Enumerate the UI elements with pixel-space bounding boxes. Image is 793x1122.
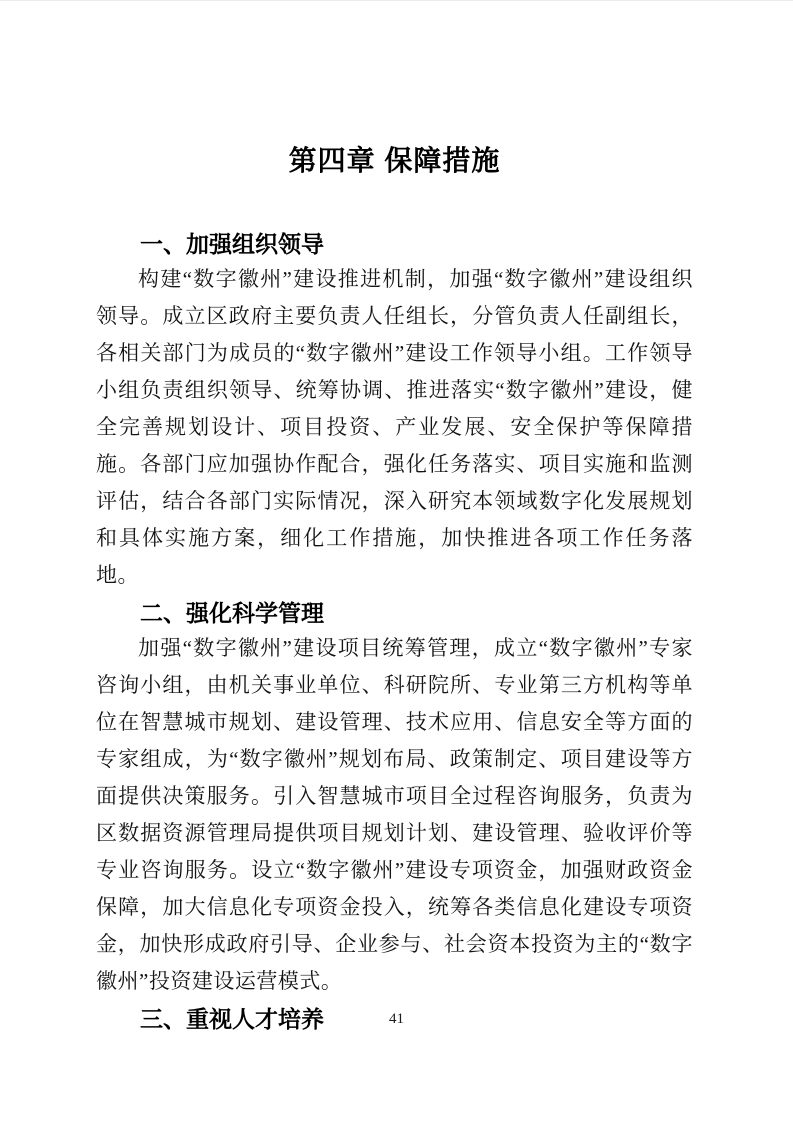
- document-page: 第四章 保障措施 一、加强组织领导 构建“数字徽州”建设推进机制，加强“数字徽州…: [0, 0, 793, 1122]
- section-heading-1: 一、加强组织领导: [96, 229, 693, 259]
- page-content: 第四章 保障措施 一、加强组织领导 构建“数字徽州”建设推进机制，加强“数字徽州…: [0, 1, 793, 1034]
- chapter-title: 第四章 保障措施: [96, 143, 693, 179]
- section-heading-2: 二、强化科学管理: [96, 598, 693, 628]
- page-number: 41: [0, 1009, 793, 1029]
- section-2-paragraph: 加强“数字徽州”建设项目统筹管理，成立“数字徽州”专家咨询小组，由机关事业单位、…: [96, 630, 693, 1000]
- section-1-paragraph: 构建“数字徽州”建设推进机制，加强“数字徽州”建设组织领导。成立区政府主要负责人…: [96, 261, 693, 594]
